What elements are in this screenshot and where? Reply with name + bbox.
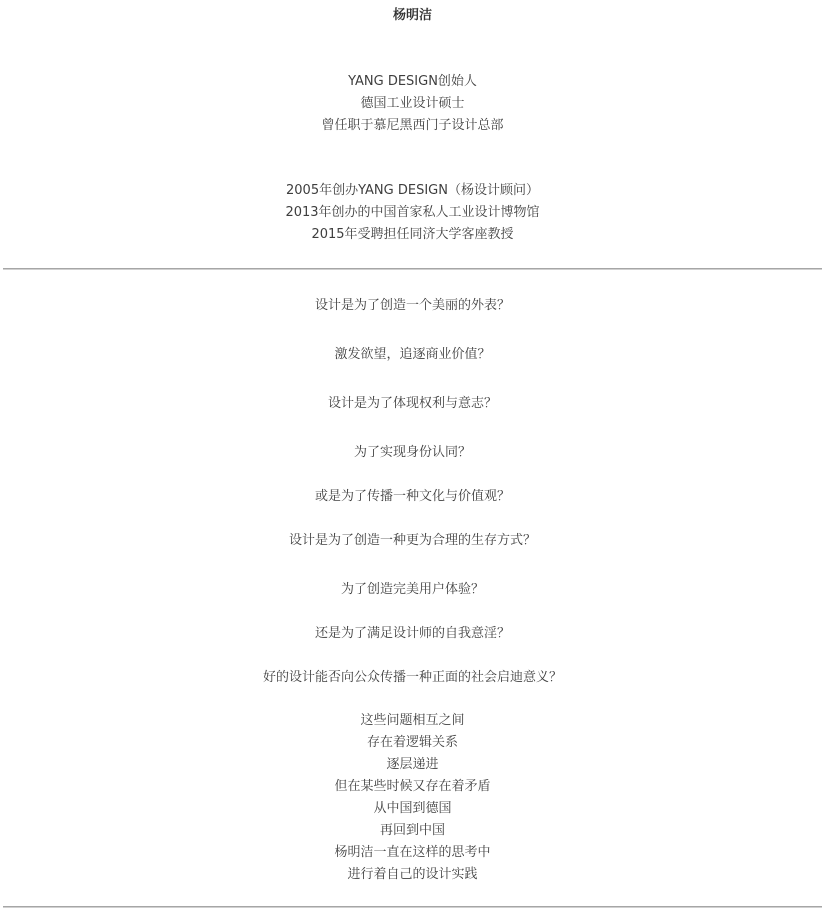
- conclusion-line: 逐层递进: [0, 754, 825, 776]
- question-item: 还是为了满足设计师的自我意淫？: [0, 624, 825, 644]
- milestone-line: 2015年受聘担任同济大学客座教授: [0, 224, 825, 246]
- conclusion-line: 但在某些时候又存在着矛盾: [0, 776, 825, 798]
- conclusion-line: 从中国到德国: [0, 798, 825, 820]
- question-item: 为了创造完美用户体验？: [0, 580, 825, 600]
- bottom-divider: [3, 906, 822, 908]
- profile-milestones: 2005年创办YANG DESIGN（杨设计顾问） 2013年创办的中国首家私人…: [0, 180, 825, 246]
- profile-name: 杨明洁: [0, 7, 825, 25]
- question-item: 设计是为了体现权利与意志？: [0, 394, 825, 414]
- profile-titles: YANG DESIGN创始人 德国工业设计硕士 曾任职于慕尼黑西门子设计总部: [0, 71, 825, 137]
- conclusion-block: 这些问题相互之间 存在着逻辑关系 逐层递进 但在某些时候又存在着矛盾 从中国到德…: [0, 710, 825, 886]
- title-line: YANG DESIGN创始人: [0, 71, 825, 93]
- conclusion-line: 进行着自己的设计实践: [0, 864, 825, 886]
- conclusion-line: 存在着逻辑关系: [0, 732, 825, 754]
- milestone-line: 2013年创办的中国首家私人工业设计博物馆: [0, 202, 825, 224]
- question-item: 设计是为了创造一种更为合理的生存方式？: [0, 531, 825, 551]
- title-line: 曾任职于慕尼黑西门子设计总部: [0, 115, 825, 137]
- question-item: 激发欲望，追逐商业价值？: [0, 345, 825, 365]
- section-divider: [3, 268, 822, 270]
- milestone-line: 2005年创办YANG DESIGN（杨设计顾问）: [0, 180, 825, 202]
- question-item: 为了实现身份认同？: [0, 443, 825, 463]
- title-line: 德国工业设计硕士: [0, 93, 825, 115]
- question-item: 或是为了传播一种文化与价值观？: [0, 487, 825, 507]
- question-item: 好的设计能否向公众传播一种正面的社会启迪意义？: [0, 668, 825, 688]
- question-item: 设计是为了创造一个美丽的外表？: [0, 296, 825, 316]
- conclusion-line: 再回到中国: [0, 820, 825, 842]
- conclusion-line: 这些问题相互之间: [0, 710, 825, 732]
- conclusion-line: 杨明洁一直在这样的思考中: [0, 842, 825, 864]
